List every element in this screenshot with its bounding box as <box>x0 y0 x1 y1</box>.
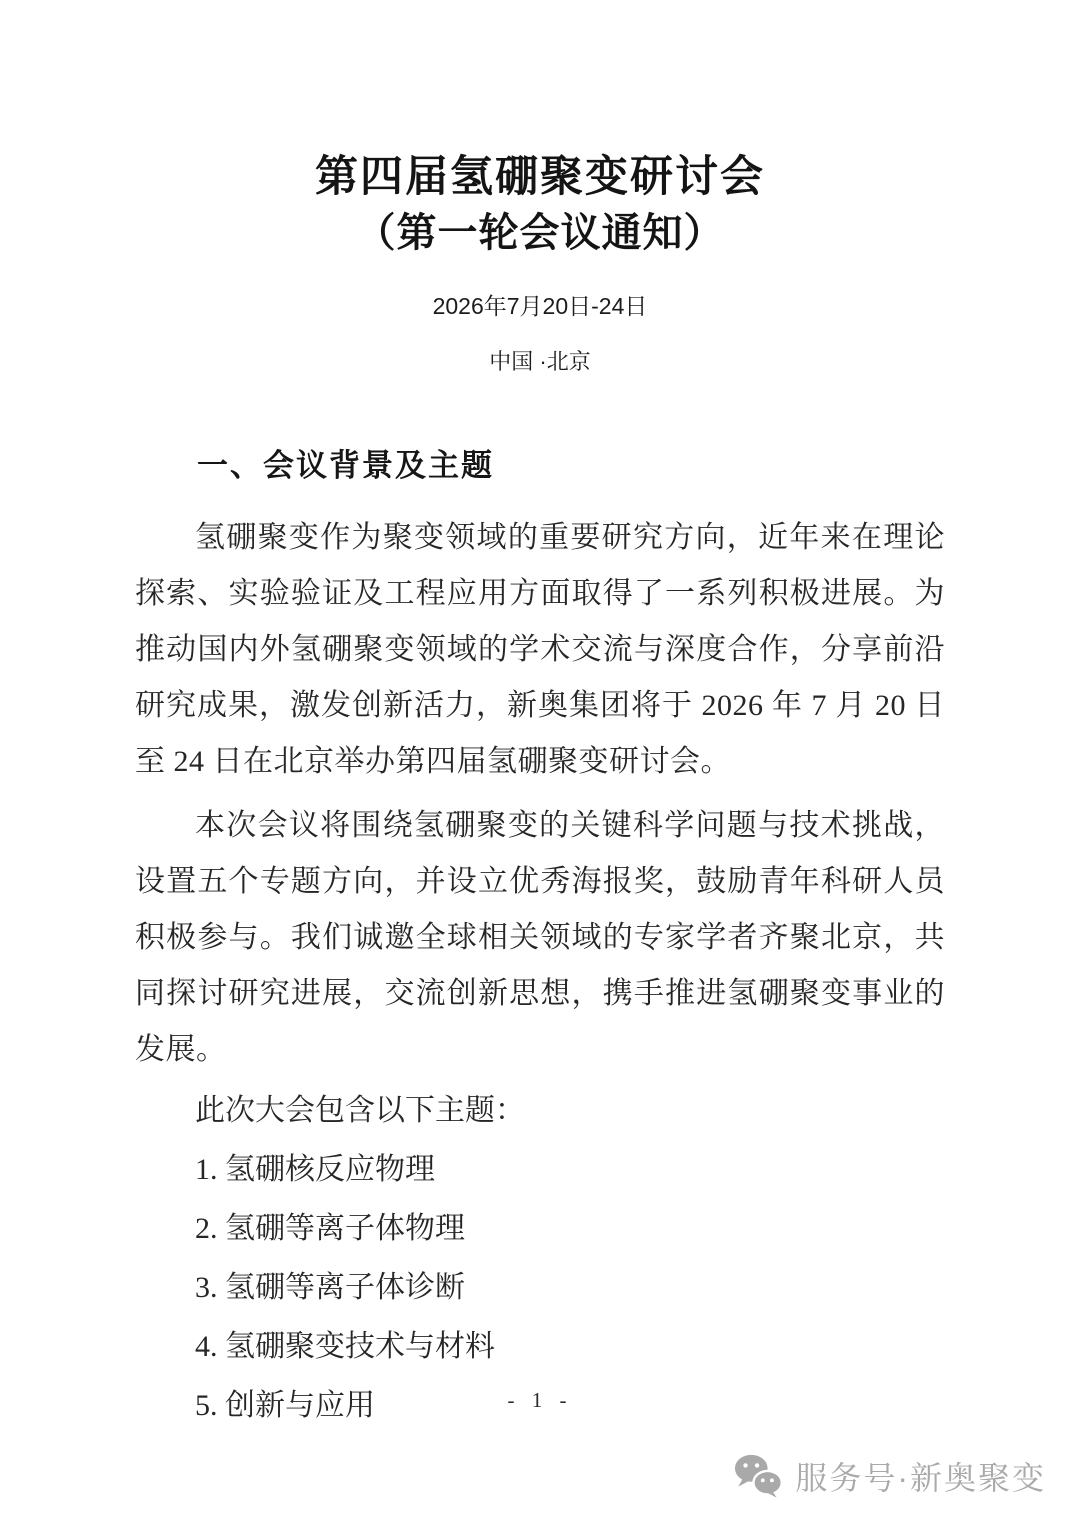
conference-location: 中国 ·北京 <box>135 345 945 376</box>
topic-item: 4. 氢硼聚变技术与材料 <box>135 1317 945 1376</box>
topics-intro: 此次大会包含以下主题： <box>135 1082 945 1140</box>
topic-item: 3. 氢硼等离子体诊断 <box>135 1258 945 1317</box>
paragraph-invitation: 本次会议将围绕氢硼聚变的关键科学问题与技术挑战，设置五个专题方向，并设立优秀海报… <box>135 798 945 1078</box>
document-page: 第四届氢硼聚变研讨会 （第一轮会议通知） 2026年7月20日-24日 中国 ·… <box>0 0 1080 1527</box>
watermark-text: 服务号·新奥聚变 <box>795 1453 1046 1499</box>
document-title: 第四届氢硼聚变研讨会 <box>135 150 945 204</box>
section-heading: 一、会议背景及主题 <box>135 446 945 486</box>
page-number: - 1 - <box>0 1388 1080 1413</box>
conference-date: 2026年7月20日-24日 <box>135 288 945 321</box>
document-body: 第四届氢硼聚变研讨会 （第一轮会议通知） 2026年7月20日-24日 中国 ·… <box>0 150 1080 1435</box>
document-subtitle: （第一轮会议通知） <box>135 208 945 258</box>
paragraph-background: 氢硼聚变作为聚变领域的重要研究方向，近年来在理论探索、实验验证及工程应用方面取得… <box>135 510 945 790</box>
wechat-watermark: 服务号·新奥聚变 <box>733 1453 1046 1499</box>
topic-item: 1. 氢硼核反应物理 <box>135 1140 945 1199</box>
topic-item: 2. 氢硼等离子体物理 <box>135 1199 945 1258</box>
wechat-icon <box>733 1453 783 1499</box>
